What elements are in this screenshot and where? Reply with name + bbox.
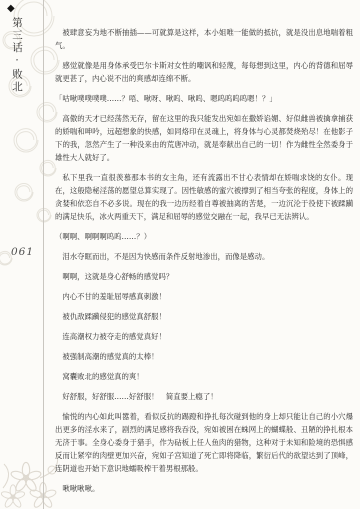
book-page: ◆ 第三话·败北 061 被肆意妄为地不断抽插——可就算是这样，本小姐唯一能做的… (0, 0, 360, 509)
chapter-title-vertical: 第三话·败北 (10, 17, 25, 94)
paragraph-thought: （啊啊、啊啊啊呜呜……？） (55, 230, 353, 243)
paragraph: 私下里我一直很羡慕那本书的女主角，还有流露出不甘心表情却在娇喘求饶的女仆。现在，… (55, 171, 353, 223)
paragraph: 好舒服，好舒服……好舒服！ 简直要上瘾了！ (55, 390, 353, 403)
paragraph-dialogue: 「咕啾噗噗噗噗……？唔、啾呀、啾呜、啾呜、嗯呜呜呜呜嗯！？」 (55, 92, 353, 105)
paragraph: 感觉就像是用身体承受巴尔卡斯对女性的嘲讽和轻蔑，每每想到这里，内心的背德和屈辱就… (55, 59, 353, 85)
paragraph: 被肆意妄为地不断抽插——可就算是这样，本小姐唯一能做的抵抗，就是没出息地喘着粗气… (55, 26, 353, 52)
paragraph: 愉悦的内心如此叫嚣着，看似反抗的踢蹬和挣扎每次碰到他的身上却只能让自己的小穴爆出… (55, 410, 353, 475)
paragraph: 内心不甘的羞耻屈辱感真刺激！ (55, 290, 353, 303)
paragraph: 被仇敌蹂躏侵犯的感觉真舒服！ (55, 310, 353, 323)
page-number: 061 (11, 246, 34, 258)
paragraph: 窝囊败北的感觉真的爽！ (55, 370, 353, 383)
paragraph: 泪水夺眶而出，不是因为快感而条件反射地渗出，而像是感动。 (55, 250, 353, 263)
paragraph: 啾啾啾啾。 (55, 482, 353, 495)
paragraph: 高傲的天才已经荡然无存，留在这里的我只能发出宛如在撒娇谄媚、好似雌兽被擒拿捕获的… (55, 112, 353, 164)
sidebar-divider-line (43, 0, 44, 509)
paragraph: 被强制高潮的感觉真的太棒！ (55, 350, 353, 363)
paragraph: 啊啊，这就是身心舒畅的感觉吗？ (55, 270, 353, 283)
body-text: 被肆意妄为地不断抽插——可就算是这样，本小姐唯一能做的抵抗，就是没出息地喘着粗气… (55, 26, 353, 502)
paragraph: 连高潮权力被夺走的感觉真好！ (55, 330, 353, 343)
diamond-icon: ◆ (7, 4, 15, 14)
